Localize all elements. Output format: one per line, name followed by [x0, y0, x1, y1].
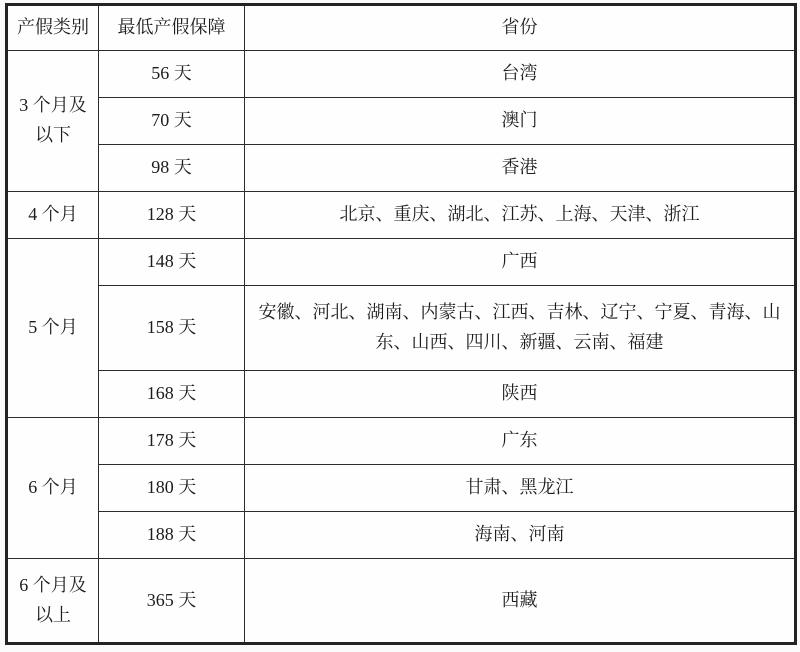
header-cell-category: 产假类别	[7, 5, 99, 51]
table-row: 5 个月 148 天 广西	[7, 239, 796, 286]
header-cell-provinces: 省份	[245, 5, 796, 51]
category-cell: 6 个月	[7, 418, 99, 559]
days-cell: 180 天	[99, 465, 245, 512]
days-cell: 128 天	[99, 192, 245, 239]
provinces-cell: 广东	[245, 418, 796, 465]
provinces-cell: 北京、重庆、湖北、江苏、上海、天津、浙江	[245, 192, 796, 239]
provinces-cell: 安徽、河北、湖南、内蒙古、江西、吉林、辽宁、宁夏、青海、山东、山西、四川、新疆、…	[245, 286, 796, 371]
header-cell-days: 最低产假保障	[99, 5, 245, 51]
maternity-leave-table: 产假类别 最低产假保障 省份 3 个月及以下 56 天 台湾 70 天 澳门 9…	[5, 3, 797, 645]
provinces-cell: 台湾	[245, 51, 796, 98]
days-cell: 148 天	[99, 239, 245, 286]
category-cell: 6 个月及以上	[7, 559, 99, 644]
category-cell: 5 个月	[7, 239, 99, 418]
days-cell: 158 天	[99, 286, 245, 371]
days-cell: 178 天	[99, 418, 245, 465]
provinces-cell: 海南、河南	[245, 512, 796, 559]
days-cell: 70 天	[99, 98, 245, 145]
provinces-cell: 陕西	[245, 371, 796, 418]
table-row: 6 个月及以上 365 天 西藏	[7, 559, 796, 644]
table-row: 98 天 香港	[7, 145, 796, 192]
table-header-row: 产假类别 最低产假保障 省份	[7, 5, 796, 51]
table-row: 3 个月及以下 56 天 台湾	[7, 51, 796, 98]
table-row: 180 天 甘肃、黑龙江	[7, 465, 796, 512]
category-cell: 3 个月及以下	[7, 51, 99, 192]
table-row: 6 个月 178 天 广东	[7, 418, 796, 465]
provinces-cell: 西藏	[245, 559, 796, 644]
provinces-cell: 甘肃、黑龙江	[245, 465, 796, 512]
table-row: 70 天 澳门	[7, 98, 796, 145]
table-row: 4 个月 128 天 北京、重庆、湖北、江苏、上海、天津、浙江	[7, 192, 796, 239]
table-row: 168 天 陕西	[7, 371, 796, 418]
page: 产假类别 最低产假保障 省份 3 个月及以下 56 天 台湾 70 天 澳门 9…	[0, 0, 800, 652]
days-cell: 188 天	[99, 512, 245, 559]
category-cell: 4 个月	[7, 192, 99, 239]
table-row: 158 天 安徽、河北、湖南、内蒙古、江西、吉林、辽宁、宁夏、青海、山东、山西、…	[7, 286, 796, 371]
table-row: 188 天 海南、河南	[7, 512, 796, 559]
days-cell: 56 天	[99, 51, 245, 98]
days-cell: 365 天	[99, 559, 245, 644]
days-cell: 168 天	[99, 371, 245, 418]
days-cell: 98 天	[99, 145, 245, 192]
provinces-cell: 广西	[245, 239, 796, 286]
provinces-cell: 香港	[245, 145, 796, 192]
provinces-cell: 澳门	[245, 98, 796, 145]
